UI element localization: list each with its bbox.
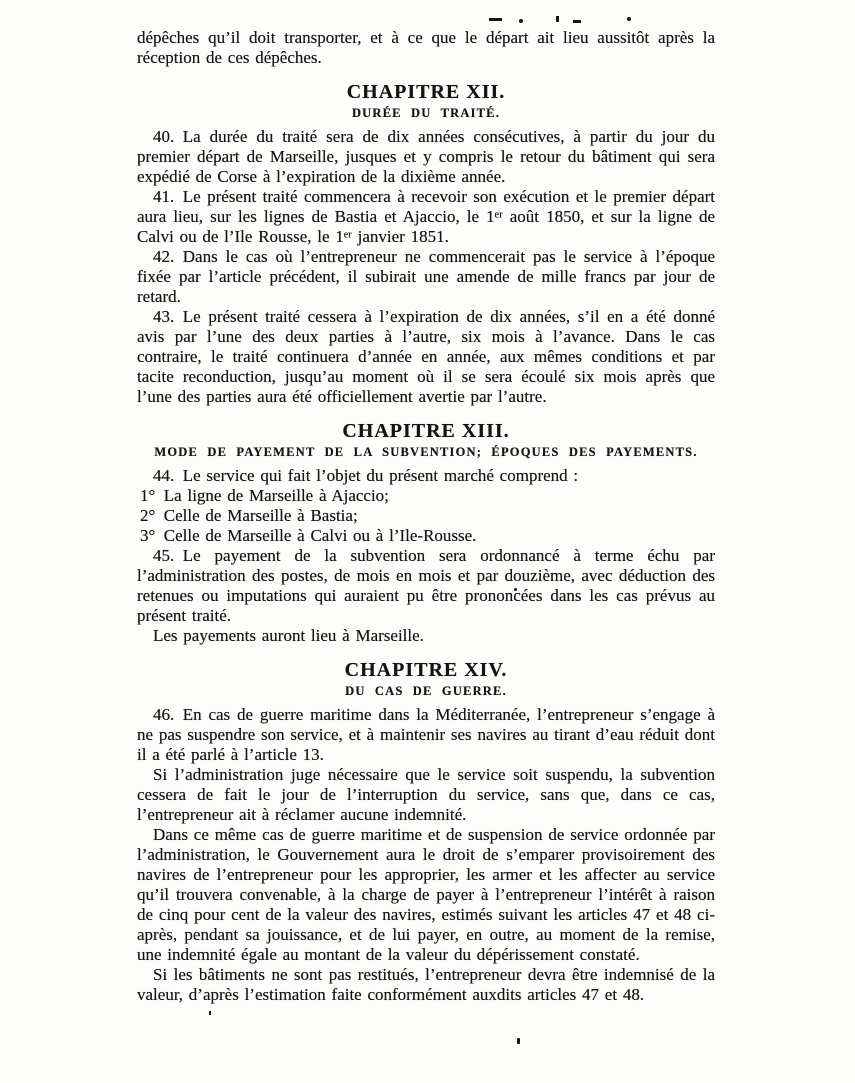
text-column: dépêches qu’il doit transporter, et à ce… — [137, 28, 715, 1005]
article-40-paragraph: 40. La durée du traité sera de dix année… — [137, 127, 715, 187]
scan-header-fragment — [627, 17, 631, 21]
ink-speck — [517, 1038, 520, 1044]
article-46-restitution-paragraph: Si les bâtiments ne sont pas restitués, … — [137, 965, 715, 1005]
scan-header-fragment — [573, 20, 581, 23]
chapter-13-subtitle: MODE DE PAYEMENT DE LA SUBVENTION; ÉPOQU… — [137, 445, 715, 460]
article-46-paragraph: 46. En cas de guerre maritime dans la Mé… — [137, 705, 715, 765]
chapter-14-subtitle: DU CAS DE GUERRE. — [137, 684, 715, 699]
article-43-paragraph: 43. Le présent traité cessera à l’expira… — [137, 307, 715, 407]
chapter-12-title: CHAPITRE XII. — [137, 80, 715, 104]
article-46-suspension-paragraph: Si l’administration juge nécessaire que … — [137, 765, 715, 825]
article-42-paragraph: 42. Dans le cas où l’entrepreneur ne com… — [137, 247, 715, 307]
line-item-1: 1° La ligne de Marseille à Ajaccio; — [137, 486, 715, 506]
scan-header-fragment — [556, 16, 559, 22]
scan-header-fragment — [519, 19, 523, 23]
paragraph-continuation: dépêches qu’il doit transporter, et à ce… — [137, 28, 715, 68]
scan-header-fragment — [489, 18, 502, 21]
scanned-document-page: { "document": { "intro_paragraph": "dépê… — [0, 0, 855, 1083]
article-45-paragraph: 45. Le payement de la subvention sera or… — [137, 546, 715, 626]
ink-speck — [209, 1011, 211, 1015]
line-item-3: 3° Celle de Marseille à Calvi ou à l’Ile… — [137, 526, 715, 546]
ink-speck — [514, 588, 517, 591]
chapter-14: CHAPITRE XIV. DU CAS DE GUERRE. 46. En c… — [137, 658, 715, 1005]
article-46-requisition-paragraph: Dans ce même cas de guerre maritime et d… — [137, 825, 715, 965]
line-item-2: 2° Celle de Marseille à Bastia; — [137, 506, 715, 526]
chapter-12-subtitle: DURÉE DU TRAITÉ. — [137, 106, 715, 121]
payments-location-paragraph: Les payements auront lieu à Marseille. — [137, 626, 715, 646]
chapter-14-title: CHAPITRE XIV. — [137, 658, 715, 682]
article-41-paragraph: 41. Le présent traité commencera à recev… — [137, 187, 715, 247]
chapter-13-title: CHAPITRE XIII. — [137, 419, 715, 443]
article-44-paragraph: 44. Le service qui fait l’objet du prése… — [137, 466, 715, 486]
chapter-13: CHAPITRE XIII. MODE DE PAYEMENT DE LA SU… — [137, 419, 715, 646]
chapter-12: CHAPITRE XII. DURÉE DU TRAITÉ. 40. La du… — [137, 80, 715, 407]
